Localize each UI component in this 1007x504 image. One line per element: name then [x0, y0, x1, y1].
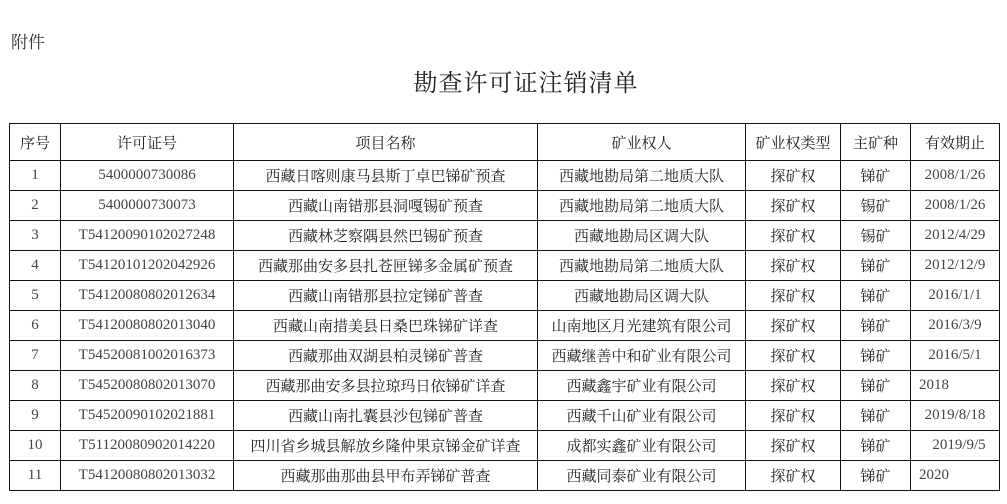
cell-rights-type: 探矿权: [746, 401, 841, 431]
cell-serial-no: 6: [10, 311, 61, 341]
cell-serial-no: 8: [10, 371, 61, 401]
header-rights-holder: 矿业权人: [538, 124, 746, 161]
header-project-name: 项目名称: [234, 124, 538, 161]
cell-project-name: 西藏山南措美县日桑巴珠锑矿详查: [234, 311, 538, 341]
cell-expiry-date: 2016/1/1: [911, 281, 1000, 311]
cell-license-no: T54520081002016373: [61, 341, 234, 371]
cell-project-name: 西藏山南错那县洞嘎锡矿预查: [234, 191, 538, 221]
cell-rights-type: 探矿权: [746, 431, 841, 461]
cell-rights-type: 探矿权: [746, 191, 841, 221]
table-row: 8 T54520080802013070 西藏那曲安多县拉琼玛日依锑矿详查 西藏…: [10, 371, 1000, 401]
cell-serial-no: 5: [10, 281, 61, 311]
cell-rights-holder: 山南地区月光建筑有限公司: [538, 311, 746, 341]
cell-expiry-date: 2012/12/9: [911, 251, 1000, 281]
cell-project-name: 西藏那曲那曲县甲布弄锑矿普查: [234, 461, 538, 491]
cell-main-mineral: 锑矿: [841, 251, 911, 281]
cell-serial-no: 9: [10, 401, 61, 431]
cell-rights-holder: 西藏地勘局区调大队: [538, 221, 746, 251]
cell-license-no: T54120101202042926: [61, 251, 234, 281]
document-title: 勘查许可证注销清单: [0, 68, 1007, 98]
cell-project-name: 西藏林芝察隅县然巴锡矿预查: [234, 221, 538, 251]
cell-license-no: T54120090102027248: [61, 221, 234, 251]
cell-rights-holder: 西藏同泰矿业有限公司: [538, 461, 746, 491]
cell-rights-holder: 西藏继善中和矿业有限公司: [538, 341, 746, 371]
cell-main-mineral: 锑矿: [841, 431, 911, 461]
cell-rights-type: 探矿权: [746, 251, 841, 281]
cell-serial-no: 1: [10, 161, 61, 191]
cell-main-mineral: 锑矿: [841, 371, 911, 401]
cell-rights-type: 探矿权: [746, 281, 841, 311]
cell-main-mineral: 锑矿: [841, 281, 911, 311]
cell-serial-no: 11: [10, 461, 61, 491]
table-row: 3 T54120090102027248 西藏林芝察隅县然巴锡矿预查 西藏地勘局…: [10, 221, 1000, 251]
cell-project-name: 西藏那曲安多县扎苍匣锑多金属矿预查: [234, 251, 538, 281]
table-row: 6 T54120080802013040 西藏山南措美县日桑巴珠锑矿详查 山南地…: [10, 311, 1000, 341]
cell-serial-no: 2: [10, 191, 61, 221]
table-row: 2 5400000730073 西藏山南错那县洞嘎锡矿预查 西藏地勘局第二地质大…: [10, 191, 1000, 221]
cell-license-no: T54120080802013040: [61, 311, 234, 341]
cell-rights-holder: 西藏地勘局第二地质大队: [538, 251, 746, 281]
header-expiry-date: 有效期止: [911, 124, 1000, 161]
cell-license-no: T54120080802013032: [61, 461, 234, 491]
cell-rights-holder: 西藏鑫宇矿业有限公司: [538, 371, 746, 401]
table-row: 7 T54520081002016373 西藏那曲双湖县柏灵锑矿普查 西藏继善中…: [10, 341, 1000, 371]
table-row: 9 T54520090102021881 西藏山南扎囊县沙包锑矿普查 西藏千山矿…: [10, 401, 1000, 431]
table-row: 4 T54120101202042926 西藏那曲安多县扎苍匣锑多金属矿预查 西…: [10, 251, 1000, 281]
cell-license-no: T54520080802013070: [61, 371, 234, 401]
cell-rights-holder: 西藏地勘局第二地质大队: [538, 191, 746, 221]
cell-main-mineral: 锑矿: [841, 311, 911, 341]
license-cancellation-table-container: 序号 许可证号 项目名称 矿业权人 矿业权类型 主矿种 有效期止 1 54000…: [9, 123, 1000, 491]
cell-main-mineral: 锡矿: [841, 191, 911, 221]
cell-main-mineral: 锑矿: [841, 401, 911, 431]
cell-serial-no: 4: [10, 251, 61, 281]
header-serial-no: 序号: [10, 124, 61, 161]
cell-rights-type: 探矿权: [746, 311, 841, 341]
cell-rights-holder: 成都实鑫矿业有限公司: [538, 431, 746, 461]
cell-project-name: 四川省乡城县解放乡隆仲果京锑金矿详查: [234, 431, 538, 461]
cell-rights-holder: 西藏千山矿业有限公司: [538, 401, 746, 431]
cell-license-no: 5400000730073: [61, 191, 234, 221]
header-main-mineral: 主矿种: [841, 124, 911, 161]
cell-main-mineral: 锡矿: [841, 221, 911, 251]
cell-serial-no: 3: [10, 221, 61, 251]
cell-rights-type: 探矿权: [746, 221, 841, 251]
cell-license-no: T54120080802012634: [61, 281, 234, 311]
cell-expiry-date: 2008/1/26: [911, 191, 1000, 221]
cell-project-name: 西藏山南错那县拉定锑矿普查: [234, 281, 538, 311]
cell-serial-no: 10: [10, 431, 61, 461]
cell-project-name: 西藏山南扎囊县沙包锑矿普查: [234, 401, 538, 431]
cell-main-mineral: 锑矿: [841, 161, 911, 191]
header-rights-type: 矿业权类型: [746, 124, 841, 161]
cell-rights-type: 探矿权: [746, 371, 841, 401]
cell-main-mineral: 锑矿: [841, 461, 911, 491]
cell-license-no: T54520090102021881: [61, 401, 234, 431]
table-row: 5 T54120080802012634 西藏山南错那县拉定锑矿普查 西藏地勘局…: [10, 281, 1000, 311]
cell-expiry-date: 2016/5/1: [911, 341, 1000, 371]
license-cancellation-table: 序号 许可证号 项目名称 矿业权人 矿业权类型 主矿种 有效期止 1 54000…: [9, 123, 1000, 491]
cell-rights-holder: 西藏地勘局第二地质大队: [538, 161, 746, 191]
cell-rights-type: 探矿权: [746, 461, 841, 491]
cell-expiry-date: 2020: [911, 461, 1000, 491]
cell-serial-no: 7: [10, 341, 61, 371]
cell-expiry-date: 2016/3/9: [911, 311, 1000, 341]
header-license-no: 许可证号: [61, 124, 234, 161]
cell-project-name: 西藏那曲安多县拉琼玛日依锑矿详查: [234, 371, 538, 401]
table-header-row: 序号 许可证号 项目名称 矿业权人 矿业权类型 主矿种 有效期止: [10, 124, 1000, 161]
cell-rights-type: 探矿权: [746, 341, 841, 371]
cell-rights-type: 探矿权: [746, 161, 841, 191]
cell-expiry-date: 2019/9/5: [911, 431, 1000, 461]
cell-expiry-date: 2018: [911, 371, 1000, 401]
cell-rights-holder: 西藏地勘局区调大队: [538, 281, 746, 311]
table-row: 10 T51120080902014220 四川省乡城县解放乡隆仲果京锑金矿详查…: [10, 431, 1000, 461]
cell-license-no: 5400000730086: [61, 161, 234, 191]
cell-license-no: T51120080902014220: [61, 431, 234, 461]
attachment-label: 附件: [11, 33, 45, 53]
cell-expiry-date: 2008/1/26: [911, 161, 1000, 191]
cell-expiry-date: 2019/8/18: [911, 401, 1000, 431]
table-row: 1 5400000730086 西藏日喀则康马县斯丁卓巴锑矿预查 西藏地勘局第二…: [10, 161, 1000, 191]
cell-project-name: 西藏日喀则康马县斯丁卓巴锑矿预查: [234, 161, 538, 191]
cell-expiry-date: 2012/4/29: [911, 221, 1000, 251]
cell-main-mineral: 锑矿: [841, 341, 911, 371]
cell-project-name: 西藏那曲双湖县柏灵锑矿普查: [234, 341, 538, 371]
table-row: 11 T54120080802013032 西藏那曲那曲县甲布弄锑矿普查 西藏同…: [10, 461, 1000, 491]
